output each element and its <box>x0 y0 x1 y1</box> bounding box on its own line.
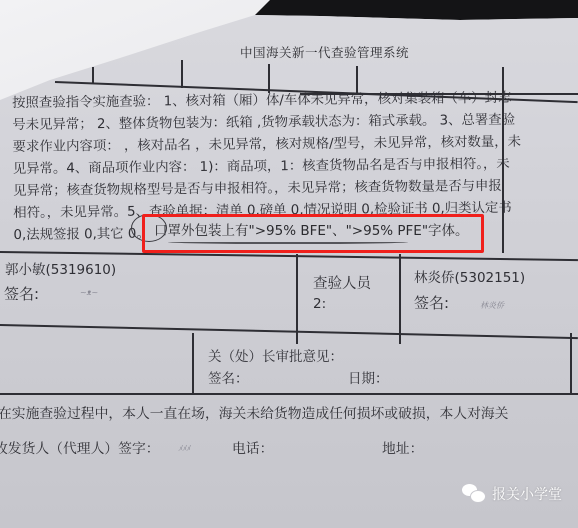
consignee-statement: 在实施查验过程中，本人一直在场，海关未给货物造成任何损坏或破损，本人对海关 <box>0 402 508 422</box>
table-bottom-border <box>0 393 578 395</box>
form-title: 中国海关新一代查验管理系统 <box>240 43 409 61</box>
inspector-2-label-number: 2: <box>313 296 326 312</box>
paragraph-line: 0,法规签报 0,其它 0。 <box>13 227 149 243</box>
red-highlight-box <box>142 214 484 253</box>
table-divider <box>192 333 194 395</box>
watermark: 报关小学堂 <box>462 484 562 504</box>
inspector-2-signature: 林炎侨 <box>480 300 504 311</box>
table-divider <box>399 254 401 344</box>
inspector-2-signature-label: 签名: <box>414 292 449 313</box>
table-divider <box>92 67 94 84</box>
inspector-2-name: 林炎侨(5302151) <box>414 266 525 286</box>
paragraph-line: 号未见异常； 2、整体货物包装为：纸箱 ,货物承载状态为：箱式承载。 3、总署查… <box>12 113 515 133</box>
inspector-1-signature: ~ᴥ~ <box>80 288 98 297</box>
consignee-signature-label: 收发货人（代理人）签字： <box>0 437 160 457</box>
table-divider <box>268 64 270 93</box>
wechat-icon <box>462 484 486 504</box>
table-divider <box>181 60 183 88</box>
consignee-signature: ﾒﾒﾒ <box>178 443 190 454</box>
inspector-1-name: 郭小敏(5319610) <box>5 258 116 278</box>
table-divider <box>570 333 572 395</box>
inspector-2-label: 查验人员 <box>313 272 371 293</box>
watermark-text: 报关小学堂 <box>492 484 562 504</box>
approval-signature-label: 签名： <box>208 367 249 387</box>
paragraph-line: 见异常；核查货物规格型号是否与申报相符。，未见异常；核查货物数量是否与申报 <box>13 179 502 199</box>
inspector-1-signature-label: 签名: <box>4 283 39 304</box>
paragraph-line: 要求作业内容项： ，核对品名 ，未见异常，核对规格/型号，未见异常，核对数量，未 <box>12 135 521 155</box>
paragraph-line: 按照查验指令实施查验： 1、核对箱（厢）体/车体未见异常，核对集装箱（车）封志 <box>12 91 511 111</box>
approval-date-label: 日期： <box>348 367 389 387</box>
consignee-address-label: 地址： <box>382 437 423 457</box>
paragraph-line: 见异常。4、商品项作业内容： 1)：商品项，1：核查货物品名是否与申报相符。，未 <box>13 157 510 177</box>
consignee-phone-label: 电话： <box>232 437 273 457</box>
approval-label: 关（处）长审批意见： <box>208 345 343 365</box>
